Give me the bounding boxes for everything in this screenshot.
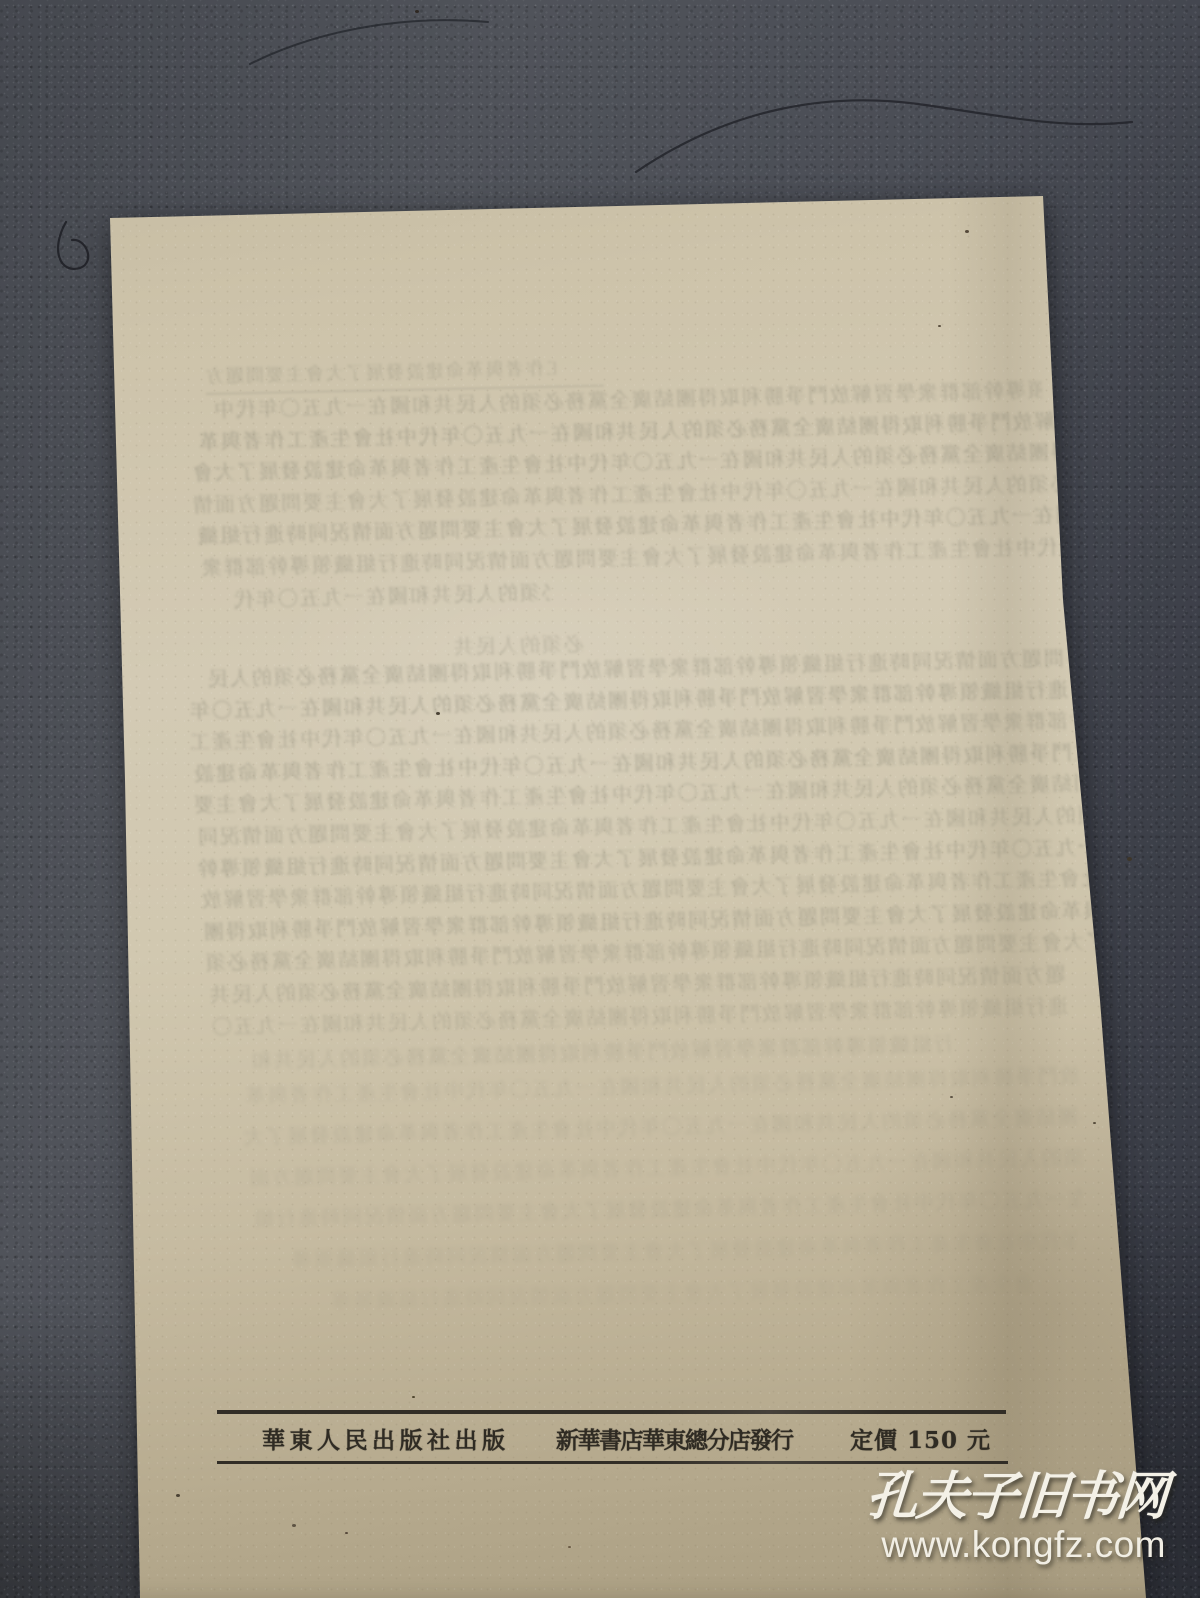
- colophon-bottom-rule: [217, 1461, 1008, 1464]
- speck: [938, 325, 941, 327]
- photo-scene: 的人民共和國在一九五〇年代中社會生產工作者與革命建設發展了大會主要問題方一九五〇…: [0, 0, 1200, 1598]
- distributor-text: 新華書店華東總分店發行: [556, 1426, 793, 1456]
- speck: [412, 1396, 415, 1398]
- speck: [415, 10, 419, 13]
- speck: [568, 1546, 571, 1548]
- book-page: 的人民共和國在一九五〇年代中社會生產工作者與革命建設發展了大會主要問題方一九五〇…: [0, 0, 1200, 1598]
- speck: [292, 1524, 296, 1527]
- price-text: 定價 150 元: [850, 1426, 991, 1456]
- watermark: 孔夫子旧书网 www.kongfz.com: [866, 1468, 1166, 1566]
- speck: [965, 230, 969, 233]
- paper-shadow: 的人民共和國在一九五〇年代中社會生產工作者與革命建設發展了大會主要問題方一九五〇…: [0, 0, 1200, 1598]
- speck: [436, 712, 440, 715]
- speck: [345, 1532, 348, 1534]
- watermark-site-url: www.kongfz.com: [866, 1524, 1166, 1566]
- watermark-site-name: 孔夫子旧书网: [864, 1468, 1168, 1526]
- colophon-top-rule: [217, 1410, 1006, 1414]
- speck: [1093, 1122, 1096, 1124]
- publisher-text: 華東人民出版社出版: [262, 1426, 510, 1456]
- colophon: 華東人民出版社出版 新華書店華東總分店發行 定價 150 元: [0, 0, 1200, 1598]
- speck: [1127, 857, 1132, 861]
- speck: [176, 1494, 180, 1497]
- speck: [950, 1096, 953, 1098]
